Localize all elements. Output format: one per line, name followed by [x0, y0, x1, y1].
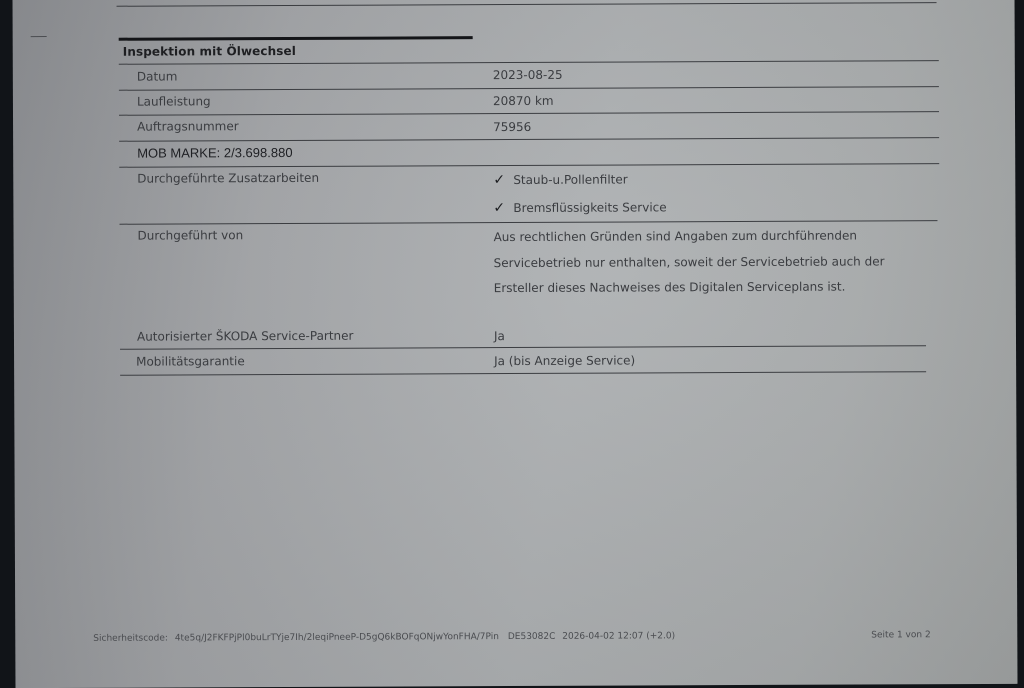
security-code: 4te5q/J2FKFPjPl0buLrTYje7Ih/2leqiPneeP-D… — [175, 632, 499, 643]
checkmark-icon: ✓ — [493, 200, 507, 216]
top-divider — [117, 2, 937, 7]
page-indicator: Seite 1 von 2 — [871, 630, 930, 640]
divider — [119, 111, 939, 116]
section-title: Inspektion mit Ölwechsel — [123, 44, 296, 59]
label-auftragsnummer: Auftragsnummer — [137, 119, 239, 133]
footer-security: Sicherheitscode: 4te5q/J2FKFPjPl0buLrTYj… — [93, 631, 675, 644]
document-id: DE53082C — [508, 632, 556, 642]
section-title-bar — [119, 36, 473, 41]
value-auftragsnummer: 75956 — [493, 120, 531, 134]
checkmark-icon: ✓ — [493, 172, 507, 188]
timestamp: 2026-04-02 12:07 (+2.0) — [562, 631, 675, 641]
fold-mark — [31, 36, 47, 37]
value-mobilitaetsgarantie: Ja (bis Anzeige Service) — [494, 353, 635, 368]
divider — [119, 60, 939, 65]
zusatzarbeit-item: ✓ Bremsflüssigkeits Service — [493, 199, 666, 216]
zusatzarbeit-item: ✓ Staub-u.Pollenfilter — [493, 172, 627, 189]
divider — [119, 220, 937, 225]
durchgefuehrt-von-text-line: Aus rechtlichen Gründen sind Angaben zum… — [494, 229, 857, 245]
divider — [120, 371, 926, 376]
divider — [119, 163, 939, 168]
value-laufleistung: 20870 km — [493, 94, 554, 108]
durchgefuehrt-von-text-line: Ersteller dieses Nachweises des Digitale… — [494, 280, 846, 296]
mob-marke: MOB MARKE: 2/3.698.880 — [137, 145, 292, 161]
label-service-partner: Autorisierter ŠKODA Service-Partner — [137, 329, 354, 344]
divider — [119, 137, 939, 142]
label-mobilitaetsgarantie: Mobilitätsgarantie — [136, 354, 245, 368]
zusatzarbeit-text: Staub-u.Pollenfilter — [513, 173, 627, 187]
durchgefuehrt-von-text-line: Servicebetrieb nur enthalten, soweit der… — [494, 254, 885, 270]
label-zusatzarbeiten: Durchgeführte Zusatzarbeiten — [137, 171, 319, 186]
security-label: Sicherheitscode: — [93, 634, 168, 644]
label-durchgefuehrt-von: Durchgeführt von — [138, 228, 244, 242]
divider — [120, 345, 926, 350]
value-service-partner: Ja — [494, 329, 505, 343]
zusatzarbeit-text: Bremsflüssigkeits Service — [513, 200, 666, 215]
divider — [119, 86, 939, 91]
document-page: Inspektion mit Ölwechsel Datum 2023-08-2… — [12, 0, 1017, 682]
label-datum: Datum — [137, 69, 178, 83]
value-datum: 2023-08-25 — [493, 68, 563, 82]
label-laufleistung: Laufleistung — [137, 94, 211, 108]
